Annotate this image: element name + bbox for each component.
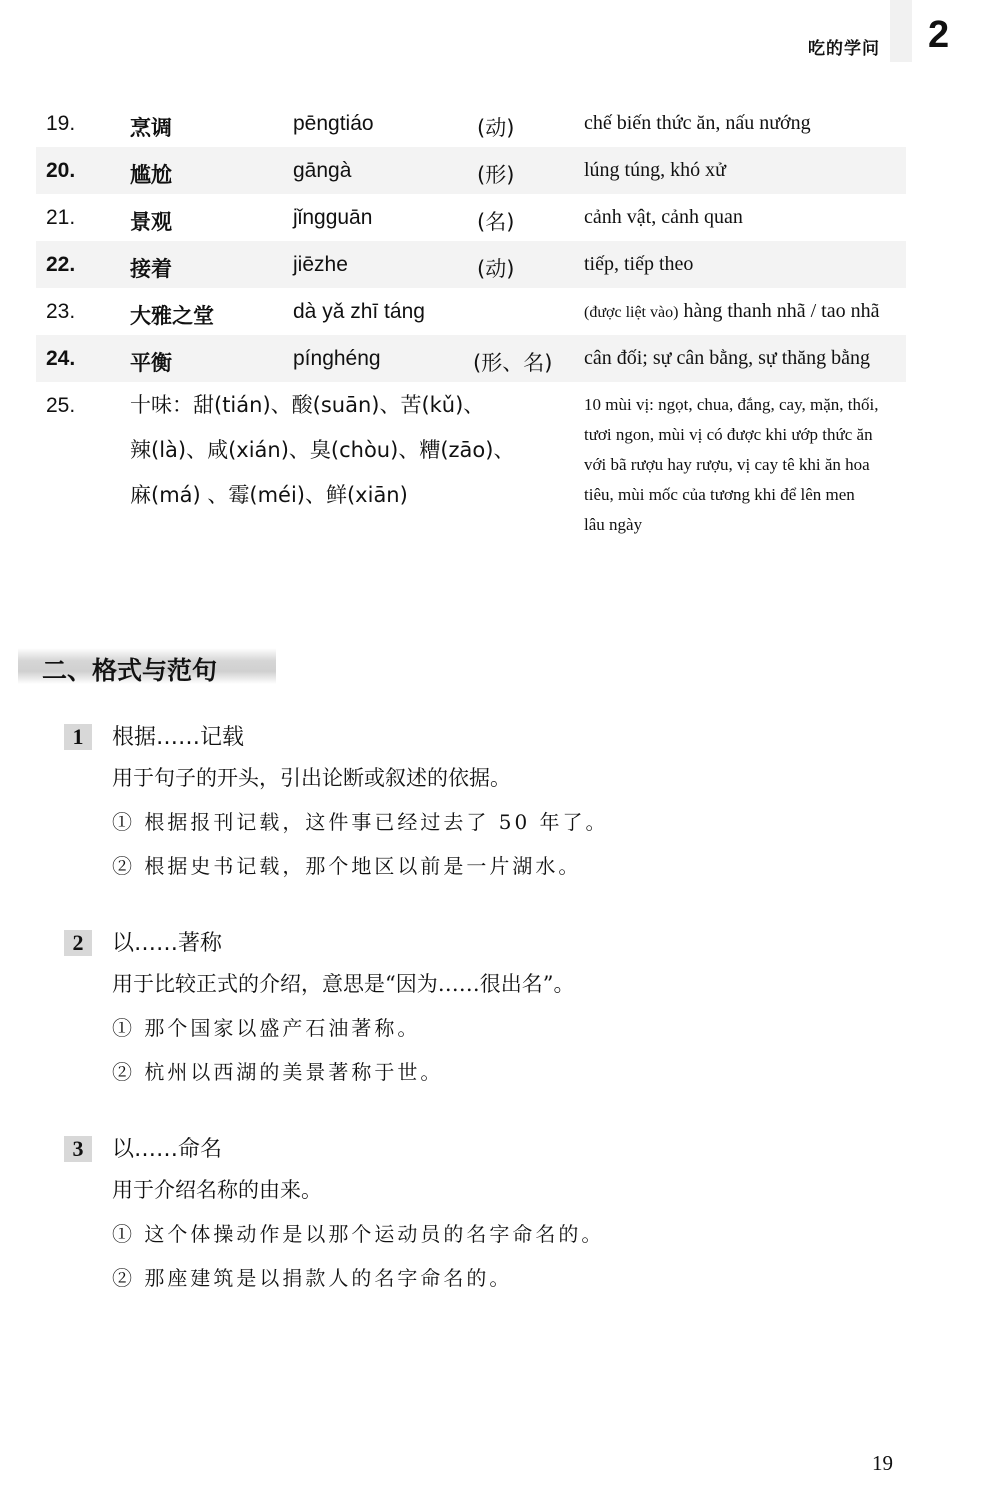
vocab-pinyin: dà yǎ zhī táng [293, 300, 425, 324]
pattern-number-badge: 1 [64, 724, 92, 750]
pattern-description: 用于句子的开头，引出论断或叙述的依据。 [112, 762, 511, 792]
section-heading-text: 二、格式与范句 [42, 651, 217, 687]
pattern-number-badge: 2 [64, 930, 92, 956]
chapter-title: 吃的学问 [808, 34, 880, 59]
vocab-definition: cân đối; sự cân bằng, sự thăng bằng [584, 347, 870, 370]
vocab-pos: (名) [477, 206, 514, 236]
vocab-hanzi: 景观 [130, 206, 172, 236]
pattern-example: ② 杭州以西湖的美景著称于世。 [112, 1056, 443, 1085]
vocab-row: 20. 尴尬 gāngà (形) lúng túng, khó xử [36, 147, 906, 194]
vocab-hanzi: 接着 [130, 253, 172, 283]
pattern-title: 以……命名 [112, 1132, 222, 1163]
vocab-definition: tiếp, tiếp theo [584, 253, 693, 276]
page-number: 19 [872, 1451, 893, 1476]
vocab-row: 24. 平衡 pínghéng (形、名) cân đối; sự cân bằ… [36, 335, 906, 382]
pattern-description: 用于介绍名称的由来。 [112, 1174, 322, 1204]
vocab-hanzi: 平衡 [130, 347, 172, 377]
vocab-pos: (形) [477, 159, 514, 189]
pattern-title: 根据……记载 [112, 720, 244, 751]
vocab-row: 23. 大雅之堂 dà yǎ zhī táng (được liệt vào) … [36, 288, 906, 335]
vocab-definition: cảnh vật, cảnh quan [584, 206, 743, 229]
vocab-hanzi: 尴尬 [130, 159, 172, 189]
vocab-definition-lines: 10 mùi vị: ngọt, chua, đắng, cay, mặn, t… [584, 390, 904, 540]
hanzi-line: 辣(là)、咸(xián)、臭(chòu)、糟(zāo)、 [130, 433, 560, 478]
vocab-definition-prefix: (được liệt vào) [584, 304, 678, 321]
definition-line: tiêu, mùi mốc của tương khi để lên men [584, 480, 904, 510]
pattern-example: ② 根据史书记载，那个地区以前是一片湖水。 [112, 850, 581, 879]
pattern-example: ② 那座建筑是以捐款人的名字命名的。 [112, 1262, 512, 1291]
pattern-example: ① 这个体操动作是以那个运动员的名字命名的。 [112, 1218, 604, 1247]
definition-line: lâu ngày [584, 510, 904, 540]
vocab-number: 21. [46, 206, 75, 230]
vocab-pinyin: pēngtiáo [293, 112, 374, 136]
vocab-definition-main: hàng thanh nhã / tao nhã [683, 300, 879, 322]
definition-line: tươi ngon, mùi vị có được khi ướp thức ă… [584, 420, 904, 450]
vocab-number: 19. [46, 112, 75, 136]
vocab-number: 24. [46, 347, 75, 371]
chapter-number: 2 [928, 14, 949, 57]
vocab-pinyin: pínghéng [293, 347, 381, 371]
vocab-row: 19. 烹调 pēngtiáo (动) chế biến thức ăn, nấ… [36, 100, 906, 147]
hanzi-line: 麻(má) 、霉(méi)、鲜(xiān) [130, 478, 560, 523]
vocab-number: 23. [46, 300, 75, 324]
pattern-number-badge: 3 [64, 1136, 92, 1162]
vocab-number: 22. [46, 253, 75, 277]
vocab-pinyin: jǐngguān [293, 206, 372, 230]
section-heading: 二、格式与范句 [18, 648, 276, 684]
vocab-pinyin: gāngà [293, 159, 351, 183]
pattern-example: ① 根据报刊记载，这件事已经过去了 50 年了。 [112, 806, 609, 835]
vocab-row: 22. 接着 jiēzhe (动) tiếp, tiếp theo [36, 241, 906, 288]
vocab-pos: (动) [477, 253, 514, 283]
vocab-definition: lúng túng, khó xử [584, 159, 726, 182]
vocab-definition: chế biến thức ăn, nấu nướng [584, 112, 811, 135]
pattern-example: ① 那个国家以盛产石油著称。 [112, 1012, 420, 1041]
vocab-hanzi-lines: 十味：甜(tián)、酸(suān)、苦(kǔ)、 辣(là)、咸(xián)、… [130, 388, 560, 523]
vocab-row-25: 25. 十味：甜(tián)、酸(suān)、苦(kǔ)、 辣(là)、咸(xi… [36, 382, 906, 542]
vocab-hanzi: 烹调 [130, 112, 172, 142]
pattern-title: 以……著称 [112, 926, 222, 957]
pattern-description: 用于比较正式的介绍，意思是“因为……很出名”。 [112, 968, 574, 998]
vocab-number: 20. [46, 159, 75, 183]
vocab-hanzi: 大雅之堂 [130, 300, 214, 330]
vocab-definition: (được liệt vào) hàng thanh nhã / tao nhã [584, 300, 880, 323]
vocab-number: 25. [46, 394, 75, 418]
definition-line: 10 mùi vị: ngọt, chua, đắng, cay, mặn, t… [584, 390, 904, 420]
vocabulary-table: 19. 烹调 pēngtiáo (动) chế biến thức ăn, nấ… [36, 100, 906, 542]
vocab-pos: (动) [477, 112, 514, 142]
vocab-row: 21. 景观 jǐngguān (名) cảnh vật, cảnh quan [36, 194, 906, 241]
definition-line: với bã rượu hay rượu, vị cay tê khi ăn h… [584, 450, 904, 480]
vocab-pos: (形、名) [473, 347, 552, 377]
hanzi-line: 十味：甜(tián)、酸(suān)、苦(kǔ)、 [130, 388, 560, 433]
vocab-pinyin: jiēzhe [293, 253, 348, 277]
tab-shade [890, 0, 912, 62]
